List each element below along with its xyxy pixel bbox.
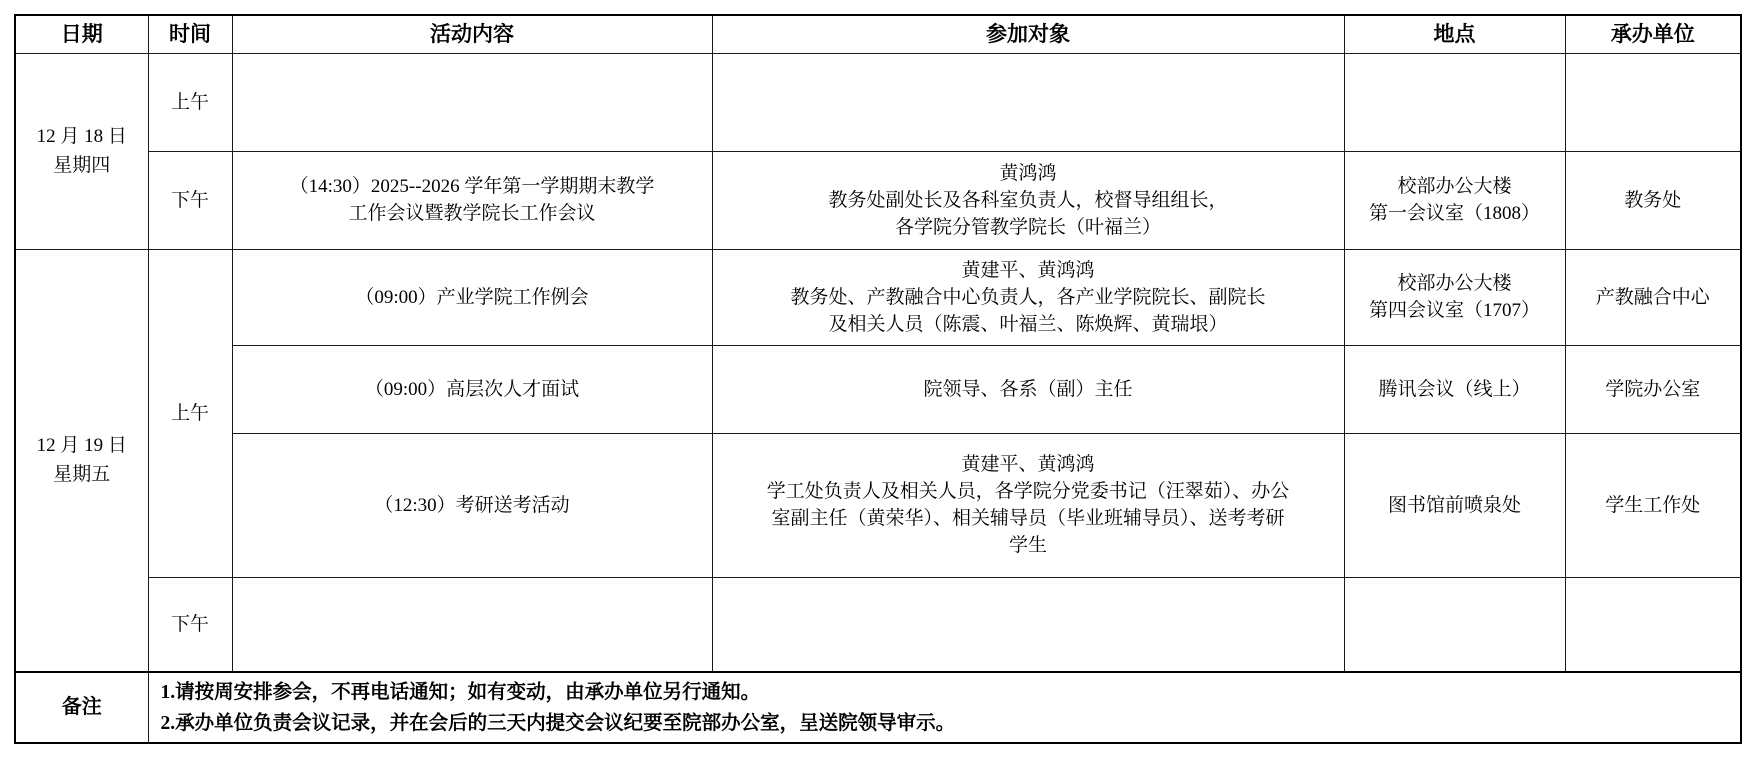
cell-day2-afternoon-time: 下午 (148, 577, 232, 672)
row-day1-morning: 12 月 18 日 星期四 上午 (15, 53, 1741, 151)
header-location: 地点 (1344, 15, 1565, 53)
cell-day1-afternoon-unit: 教务处 (1565, 151, 1741, 249)
header-unit: 承办单位 (1565, 15, 1741, 53)
row-day2-event2: （09:00）高层次人才面试 院领导、各系（副）主任 腾讯会议（线上） 学院办公… (15, 345, 1741, 433)
cell-day1-morning-unit (1565, 53, 1741, 151)
cell-day1-date: 12 月 18 日 星期四 (15, 53, 148, 249)
cell-event2-unit: 学院办公室 (1565, 345, 1741, 433)
cell-day1-morning-time: 上午 (148, 53, 232, 151)
row-day2-event1: 12 月 19 日 星期五 上午 （09:00）产业学院工作例会 黄建平、黄鸿鸿… (15, 249, 1741, 345)
cell-day1-morning-location (1344, 53, 1565, 151)
row-day2-afternoon: 下午 (15, 577, 1741, 672)
header-date: 日期 (15, 15, 148, 53)
cell-event1-location: 校部办公大楼 第四会议室（1707） (1344, 249, 1565, 345)
schedule-sheet: 日期 时间 活动内容 参加对象 地点 承办单位 12 月 18 日 星期四 上午… (0, 0, 1764, 771)
header-participants: 参加对象 (712, 15, 1344, 53)
cell-event1-activity: （09:00）产业学院工作例会 (232, 249, 712, 345)
header-row: 日期 时间 活动内容 参加对象 地点 承办单位 (15, 15, 1741, 53)
row-notes: 备注 1.请按周安排参会，不再电话通知；如有变动，由承办单位另行通知。 2.承办… (15, 672, 1741, 743)
cell-day2-date: 12 月 19 日 星期五 (15, 249, 148, 672)
cell-event3-location: 图书馆前喷泉处 (1344, 433, 1565, 577)
cell-day1-morning-participants (712, 53, 1344, 151)
row-day1-afternoon: 下午 （14:30）2025--2026 学年第一学期期末教学 工作会议暨教学院… (15, 151, 1741, 249)
cell-event3-activity: （12:30）考研送考活动 (232, 433, 712, 577)
cell-day1-afternoon-time: 下午 (148, 151, 232, 249)
cell-day2-afternoon-location (1344, 577, 1565, 672)
row-day2-event3: （12:30）考研送考活动 黄建平、黄鸿鸿 学工处负责人及相关人员，各学院分党委… (15, 433, 1741, 577)
cell-day2-morning-time: 上午 (148, 249, 232, 577)
cell-event3-unit: 学生工作处 (1565, 433, 1741, 577)
cell-day2-afternoon-unit (1565, 577, 1741, 672)
header-activity: 活动内容 (232, 15, 712, 53)
notes-text: 1.请按周安排参会，不再电话通知；如有变动，由承办单位另行通知。 2.承办单位负… (148, 672, 1741, 743)
cell-event3-participants: 黄建平、黄鸿鸿 学工处负责人及相关人员，各学院分党委书记（汪翠茹）、办公 室副主… (712, 433, 1344, 577)
cell-day1-afternoon-activity: （14:30）2025--2026 学年第一学期期末教学 工作会议暨教学院长工作… (232, 151, 712, 249)
notes-label: 备注 (15, 672, 148, 743)
cell-event1-participants: 黄建平、黄鸿鸿 教务处、产教融合中心负责人，各产业学院院长、副院长 及相关人员（… (712, 249, 1344, 345)
cell-event2-activity: （09:00）高层次人才面试 (232, 345, 712, 433)
cell-event1-unit: 产教融合中心 (1565, 249, 1741, 345)
cell-event2-participants: 院领导、各系（副）主任 (712, 345, 1344, 433)
cell-day2-afternoon-participants (712, 577, 1344, 672)
cell-day1-afternoon-location: 校部办公大楼 第一会议室（1808） (1344, 151, 1565, 249)
cell-day1-morning-activity (232, 53, 712, 151)
cell-day1-afternoon-participants: 黄鸿鸿 教务处副处长及各科室负责人，校督导组组长， 各学院分管教学院长（叶福兰） (712, 151, 1344, 249)
cell-day2-afternoon-activity (232, 577, 712, 672)
cell-event2-location: 腾讯会议（线上） (1344, 345, 1565, 433)
header-time: 时间 (148, 15, 232, 53)
weekly-schedule-table: 日期 时间 活动内容 参加对象 地点 承办单位 12 月 18 日 星期四 上午… (14, 14, 1742, 744)
